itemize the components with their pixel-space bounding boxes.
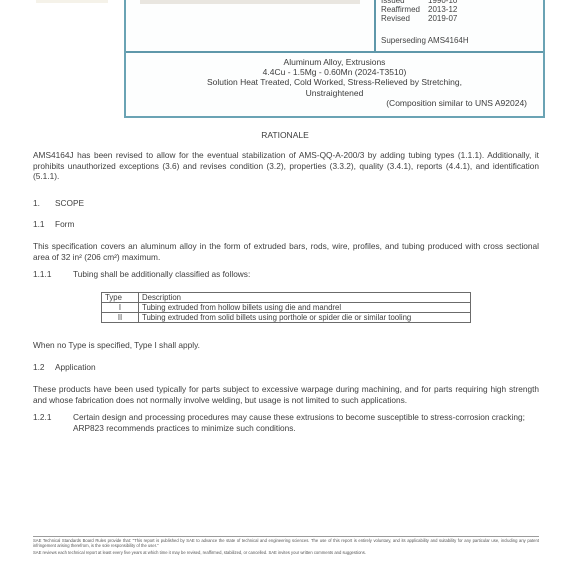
type-cell: I — [102, 303, 139, 313]
title-line: 4.4Cu - 1.5Mg - 0.60Mn (2024-T3510) — [126, 67, 543, 77]
footer-paragraph: SAE Technical Standards Board Rules prov… — [33, 538, 539, 548]
rationale-heading: RATIONALE — [0, 130, 570, 140]
section-121-number: 1.2.1 — [33, 412, 51, 422]
description-cell: Tubing extruded from solid billets using… — [139, 313, 471, 323]
title-line: Solution Heat Treated, Cold Worked, Stre… — [126, 77, 543, 87]
superseding-note: Superseding AMS4164H — [381, 36, 469, 45]
form-text: This specification covers an aluminum al… — [33, 241, 539, 262]
title-line: Unstraightened — [126, 88, 543, 98]
application-text: These products have been used typically … — [33, 384, 539, 405]
corrosion-text: Certain design and processing procedures… — [73, 412, 539, 433]
column-header-description: Description — [139, 293, 471, 303]
header-title-fragment — [140, 0, 360, 4]
section-tubing-heading: 1.1.1Tubing shall be additionally classi… — [33, 269, 250, 279]
document-header-box: Issued 1990-10 Reaffirmed 2013-12 Revise… — [124, 0, 545, 118]
no-type-text: When no Type is specified, Type I shall … — [33, 340, 539, 351]
footer-paragraph: SAE reviews each technical report at lea… — [33, 550, 539, 555]
document-page: Issued 1990-10 Reaffirmed 2013-12 Revise… — [0, 0, 570, 570]
tubing-types-table: Type Description I Tubing extruded from … — [101, 292, 471, 323]
header-meta-cell: Issued 1990-10 Reaffirmed 2013-12 Revise… — [376, 0, 543, 51]
title-line: Aluminum Alloy, Extrusions — [126, 57, 543, 67]
header-title-cell — [126, 0, 376, 51]
footer-legal-text: SAE Technical Standards Board Rules prov… — [33, 538, 539, 557]
table-header-row: Type Description — [102, 293, 471, 303]
meta-reaffirmed: Reaffirmed 2013-12 — [381, 5, 488, 14]
type-cell: II — [102, 313, 139, 323]
composition-note: (Composition similar to UNS A92024) — [126, 98, 543, 108]
section-form-heading: 1.1Form — [33, 219, 74, 229]
logo-fragment — [36, 0, 108, 3]
footer-divider — [33, 536, 539, 537]
header-top-row: Issued 1990-10 Reaffirmed 2013-12 Revise… — [126, 0, 543, 53]
section-application-heading: 1.2Application — [33, 362, 96, 372]
document-title-block: Aluminum Alloy, Extrusions 4.4Cu - 1.5Mg… — [126, 53, 543, 116]
table-row: II Tubing extruded from solid billets us… — [102, 313, 471, 323]
table-row: I Tubing extruded from hollow billets us… — [102, 303, 471, 313]
rationale-text: AMS4164J has been revised to allow for t… — [33, 150, 539, 182]
section-scope-heading: 1.SCOPE — [33, 198, 84, 208]
meta-revised: Revised 2019-07 — [381, 14, 488, 23]
column-header-type: Type — [102, 293, 139, 303]
description-cell: Tubing extruded from hollow billets usin… — [139, 303, 471, 313]
